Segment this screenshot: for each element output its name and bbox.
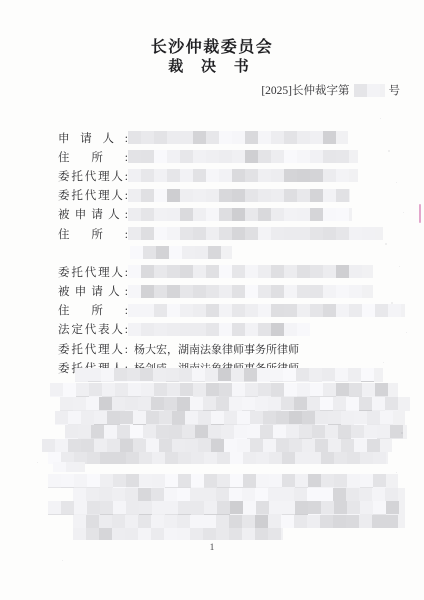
scanned-document-page: 长沙仲裁委员会 裁 决 书 [2025]长仲裁字第 号 申请人:住所:委托代理人… (0, 0, 424, 600)
scan-noise-speck (391, 302, 393, 304)
redacted-party-value (130, 246, 232, 259)
party-field-label: 法定代表人: (58, 321, 128, 337)
scan-noise-speck (399, 266, 400, 267)
party-row (58, 243, 406, 262)
party-field-label: 住所: (58, 226, 128, 242)
party-row: 委托代理人: (58, 262, 406, 281)
redacted-party-value (128, 189, 350, 202)
organization-title: 长沙仲裁委员会 (0, 34, 424, 57)
party-field-label: 委托代理人: (58, 168, 128, 184)
redacted-party-value (128, 208, 352, 221)
scan-noise-speck (385, 243, 387, 245)
party-value-text: 杨大宏，湖南法象律师事务所律师 (134, 341, 299, 357)
party-row: 被申请人: (58, 205, 406, 224)
party-row: 法定代表人: (58, 320, 406, 339)
party-field-label: 委托代理人: (58, 341, 128, 357)
redacted-paragraph-line (53, 462, 85, 472)
party-field-label: 委托代理人: (58, 264, 128, 280)
redacted-paragraph-line (48, 452, 388, 464)
scan-noise-speck (406, 332, 407, 333)
redacted-party-value (128, 285, 373, 298)
scan-noise-speck (403, 212, 404, 213)
page-number: 1 (0, 543, 424, 553)
redacted-party-value (128, 265, 373, 278)
party-row: 委托代理人: (58, 186, 406, 205)
redacted-paragraph-line (65, 425, 407, 439)
redacted-party-value (128, 169, 358, 182)
case-number-line: [2025]长仲裁字第 号 (261, 82, 400, 98)
scan-noise-speck (396, 182, 397, 183)
redacted-party-value (128, 131, 348, 144)
scan-noise-speck (396, 472, 397, 473)
party-field-label: 被申请人: (58, 283, 128, 299)
scan-noise-speck (37, 462, 38, 463)
document-type-title: 裁 决 书 (0, 55, 424, 76)
redacted-paragraph-line (73, 515, 405, 528)
party-field-label: 住所: (58, 149, 128, 165)
party-field-label: 住所: (58, 302, 128, 318)
redacted-paragraph-line (73, 528, 283, 540)
party-field-label: 委托代理人: (58, 360, 128, 376)
redacted-paragraph-line (50, 383, 398, 397)
redacted-paragraph-line (48, 501, 405, 515)
redacted-party-value (128, 150, 358, 163)
scan-noise-speck (401, 432, 403, 434)
scan-noise-speck (388, 150, 390, 152)
party-row: 委托代理人: (58, 166, 406, 185)
parties-section: 申请人:住所:委托代理人:委托代理人:被申请人:住所:委托代理人:被申请人:住所… (58, 128, 406, 377)
party-row: 申请人: (58, 128, 406, 147)
party-field-label: 委托代理人: (58, 187, 128, 203)
party-row: 被申请人: (58, 282, 406, 301)
redacted-case-number (354, 84, 385, 97)
party-row: 住所: (58, 224, 406, 243)
party-row: 住所: (58, 301, 406, 320)
redacted-paragraph-line (48, 474, 398, 488)
scan-noise-speck (62, 560, 63, 561)
redacted-party-value (128, 304, 405, 317)
redacted-paragraph-line (60, 397, 410, 411)
party-row: 委托代理人:杨剑威，湖南法象律师事务所律师 (58, 358, 406, 377)
redacted-party-value (128, 227, 383, 240)
redacted-paragraph-line (55, 411, 405, 425)
case-number-suffix: 号 (389, 82, 401, 98)
scan-pink-mark (419, 204, 421, 223)
party-field-label: 被申请人: (58, 206, 128, 222)
redacted-paragraph-line (73, 488, 405, 501)
party-field-label: 申请人: (58, 130, 128, 146)
redacted-paragraph-line (42, 439, 392, 452)
redacted-party-value (128, 323, 310, 336)
party-value-text: 杨剑威，湖南法象律师事务所律师 (134, 360, 299, 376)
scan-noise-speck (380, 118, 381, 119)
scan-noise-speck (383, 362, 384, 363)
party-row: 委托代理人:杨大宏，湖南法象律师事务所律师 (58, 339, 406, 358)
case-number-prefix: [2025]长仲裁字第 (261, 82, 349, 98)
party-row: 住所: (58, 147, 406, 166)
